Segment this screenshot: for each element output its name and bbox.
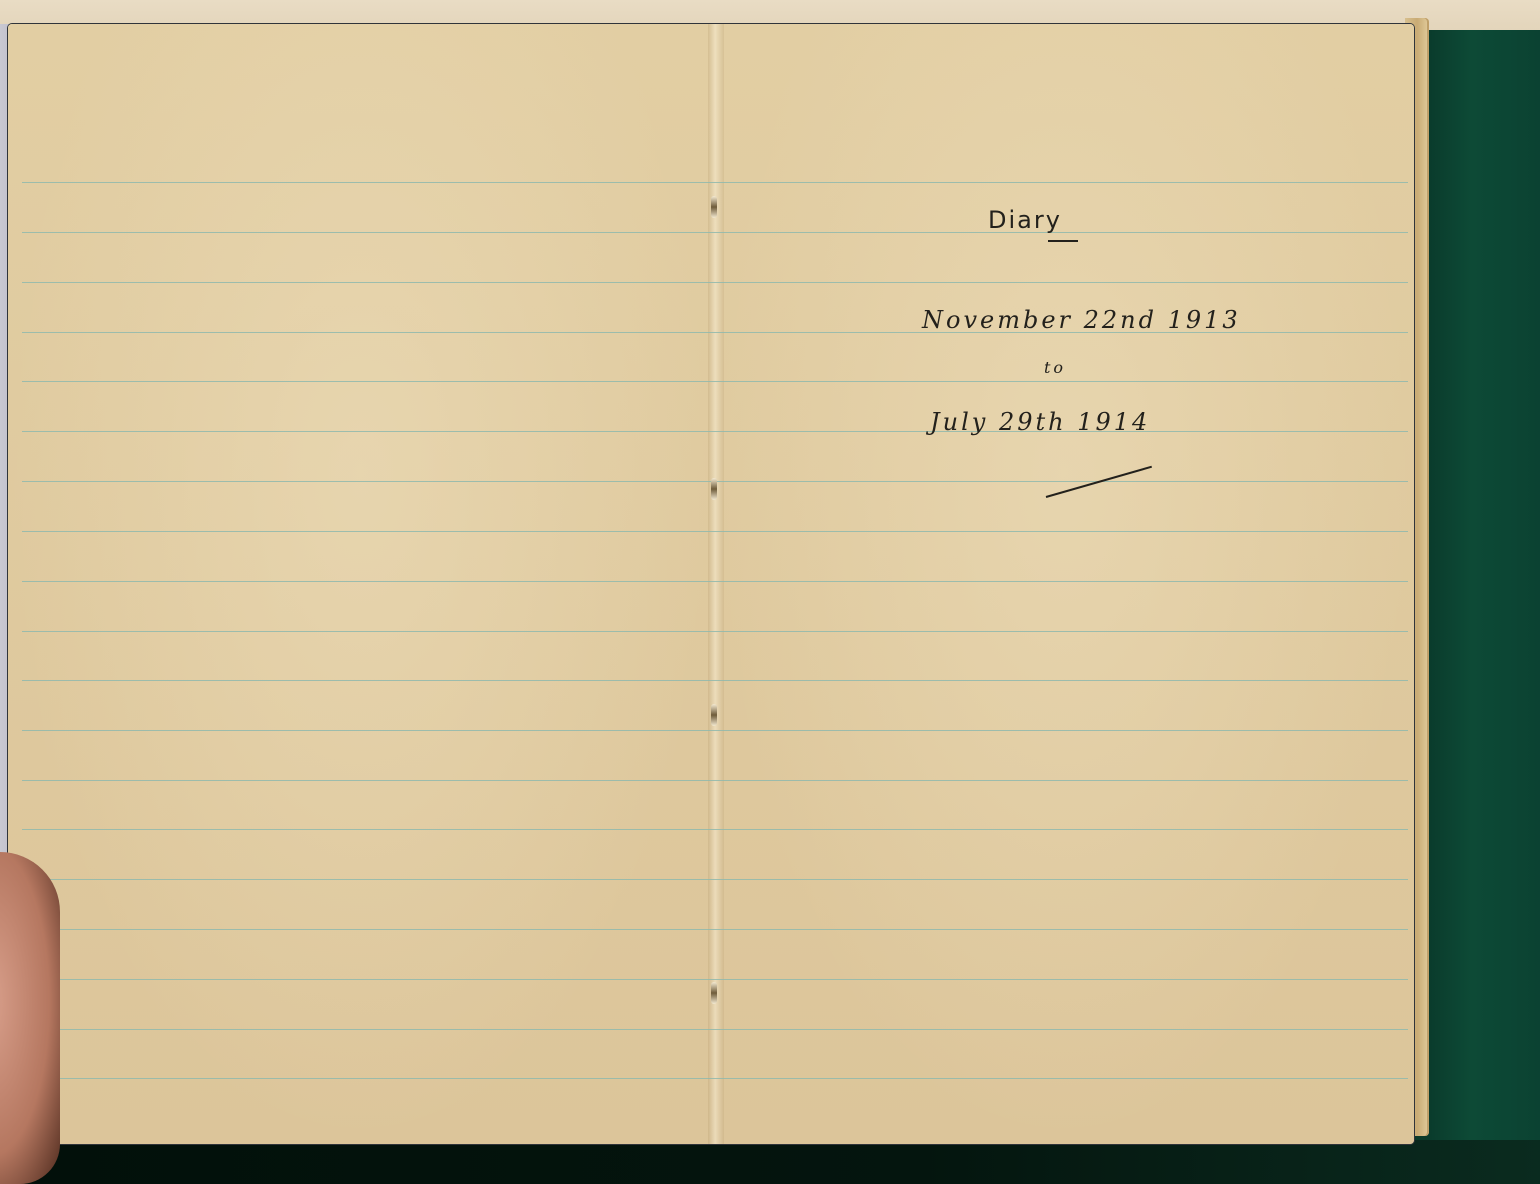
rule-line — [22, 381, 1408, 382]
binding-stitch — [711, 704, 717, 726]
left-page — [8, 24, 714, 1144]
green-background-board — [1425, 30, 1540, 1184]
rule-line — [22, 531, 1408, 532]
rule-line — [22, 232, 1408, 233]
holding-thumb — [0, 852, 60, 1184]
binding-stitch — [711, 982, 717, 1004]
rule-line — [22, 780, 1408, 781]
rule-line — [22, 182, 1408, 183]
binding-stitch — [711, 196, 717, 218]
rule-line — [22, 631, 1408, 632]
start-date: November 22nd 1913 — [922, 306, 1241, 334]
title-underline — [1048, 240, 1078, 242]
rule-line — [22, 581, 1408, 582]
right-page — [714, 24, 1414, 1144]
center-gutter — [708, 24, 724, 1144]
rule-line — [22, 1078, 1408, 1079]
rule-line — [22, 431, 1408, 432]
diary-title: Diary — [988, 206, 1062, 234]
rule-line — [22, 680, 1408, 681]
binding-stitch — [711, 478, 717, 500]
rule-line — [22, 929, 1408, 930]
rule-line — [22, 829, 1408, 830]
rule-line — [22, 979, 1408, 980]
diary-spread — [8, 24, 1414, 1144]
rule-line — [22, 879, 1408, 880]
rule-line — [22, 1029, 1408, 1030]
rule-line — [22, 282, 1408, 283]
rule-line — [22, 730, 1408, 731]
date-connector: to — [1044, 358, 1066, 377]
end-date: July 29th 1914 — [930, 408, 1150, 436]
dark-background — [0, 1140, 1540, 1184]
